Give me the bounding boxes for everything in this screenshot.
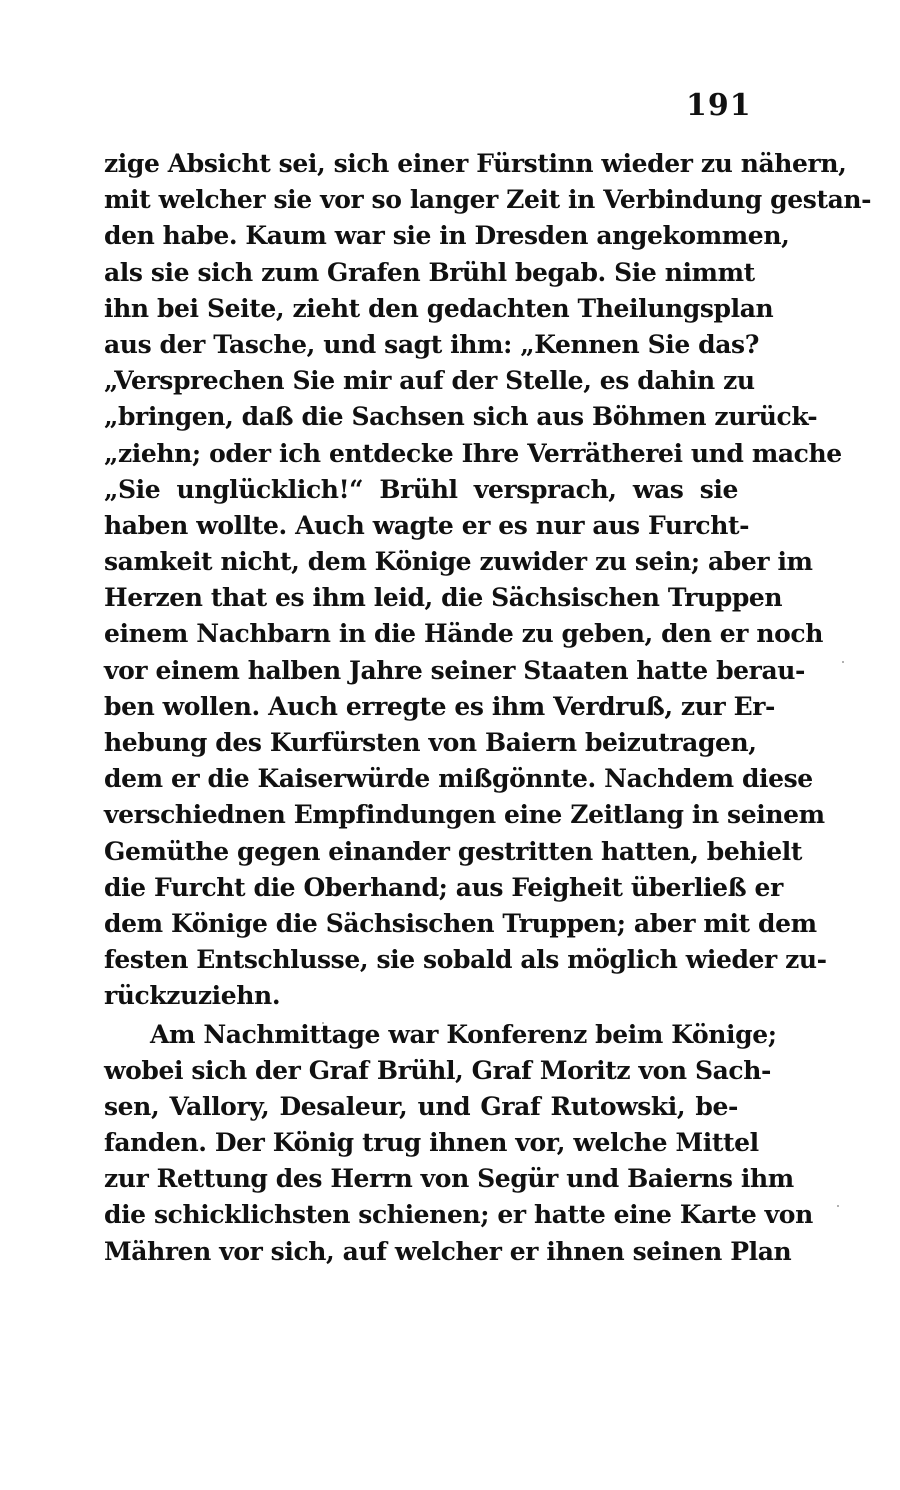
text-line: samkeit nicht, dem Könige zuwider zu sei… (104, 544, 738, 580)
text-line: rückzuziehn. (104, 978, 738, 1014)
text-line: hebung des Kurfürsten von Baiern beizutr… (104, 725, 738, 761)
text-line: als sie sich zum Grafen Brühl begab. Sie… (104, 255, 738, 291)
text-line: ihn bei Seite, zieht den gedachten Theil… (104, 291, 738, 327)
text-line: haben wollte. Auch wagte er es nur aus F… (104, 508, 738, 544)
text-line: mit welcher sie vor so langer Zeit in Ve… (104, 182, 738, 218)
text-line: sen, Vallory, Desaleur, und Graf Rutowsk… (104, 1089, 738, 1125)
text-line: „bringen, daß die Sachsen sich aus Böhme… (104, 399, 738, 435)
text-line: festen Entschlusse, sie sobald als mögli… (104, 942, 738, 978)
text-line: „Versprechen Sie mir auf der Stelle, es … (104, 363, 738, 399)
body-text: zige Absicht sei, sich einer Fürstinn wi… (104, 146, 738, 1270)
text-line: wobei sich der Graf Brühl, Graf Moritz v… (104, 1053, 738, 1089)
scan-speck (842, 661, 844, 663)
page-number: 191 (686, 88, 752, 123)
text-line: aus der Tasche, und sagt ihm: „Kennen Si… (104, 327, 738, 363)
paragraph-1: zige Absicht sei, sich einer Fürstinn wi… (104, 146, 738, 1015)
text-line: den habe. Kaum war sie in Dresden angeko… (104, 218, 738, 254)
text-line: zur Rettung des Herrn von Segür und Baie… (104, 1161, 738, 1197)
text-line: die schicklichsten schienen; er hatte ei… (104, 1197, 738, 1233)
text-line: fanden. Der König trug ihnen vor, welche… (104, 1125, 738, 1161)
text-line: vor einem halben Jahre seiner Staaten ha… (104, 653, 738, 689)
text-line: Mähren vor sich, auf welcher er ihnen se… (104, 1234, 738, 1270)
paragraph-2: Am Nachmittage war Konferenz beim Könige… (104, 1017, 738, 1270)
text-line: zige Absicht sei, sich einer Fürstinn wi… (104, 146, 738, 182)
text-line: „Sie unglücklich!“ Brühl versprach, was … (104, 472, 738, 508)
text-line: dem er die Kaiserwürde mißgönnte. Nachde… (104, 761, 738, 797)
text-line: dem Könige die Sächsischen Truppen; aber… (104, 906, 738, 942)
text-line: ben wollen. Auch erregte es ihm Verdruß,… (104, 689, 738, 725)
scan-speck (322, 1022, 324, 1024)
text-line: Am Nachmittage war Konferenz beim Könige… (104, 1017, 738, 1053)
book-page: 191 zige Absicht sei, sich einer Fürstin… (0, 0, 900, 1490)
text-line: verschiednen Empfindungen eine Zeitlang … (104, 797, 738, 833)
text-line: einem Nachbarn in die Hände zu geben, de… (104, 616, 738, 652)
scan-speck (837, 1205, 839, 1207)
text-line: die Furcht die Oberhand; aus Feigheit üb… (104, 870, 738, 906)
text-line: Herzen that es ihm leid, die Sächsischen… (104, 580, 738, 616)
text-line: Gemüthe gegen einander gestritten hatten… (104, 834, 738, 870)
text-line: „ziehn; oder ich entdecke Ihre Verräther… (104, 436, 738, 472)
